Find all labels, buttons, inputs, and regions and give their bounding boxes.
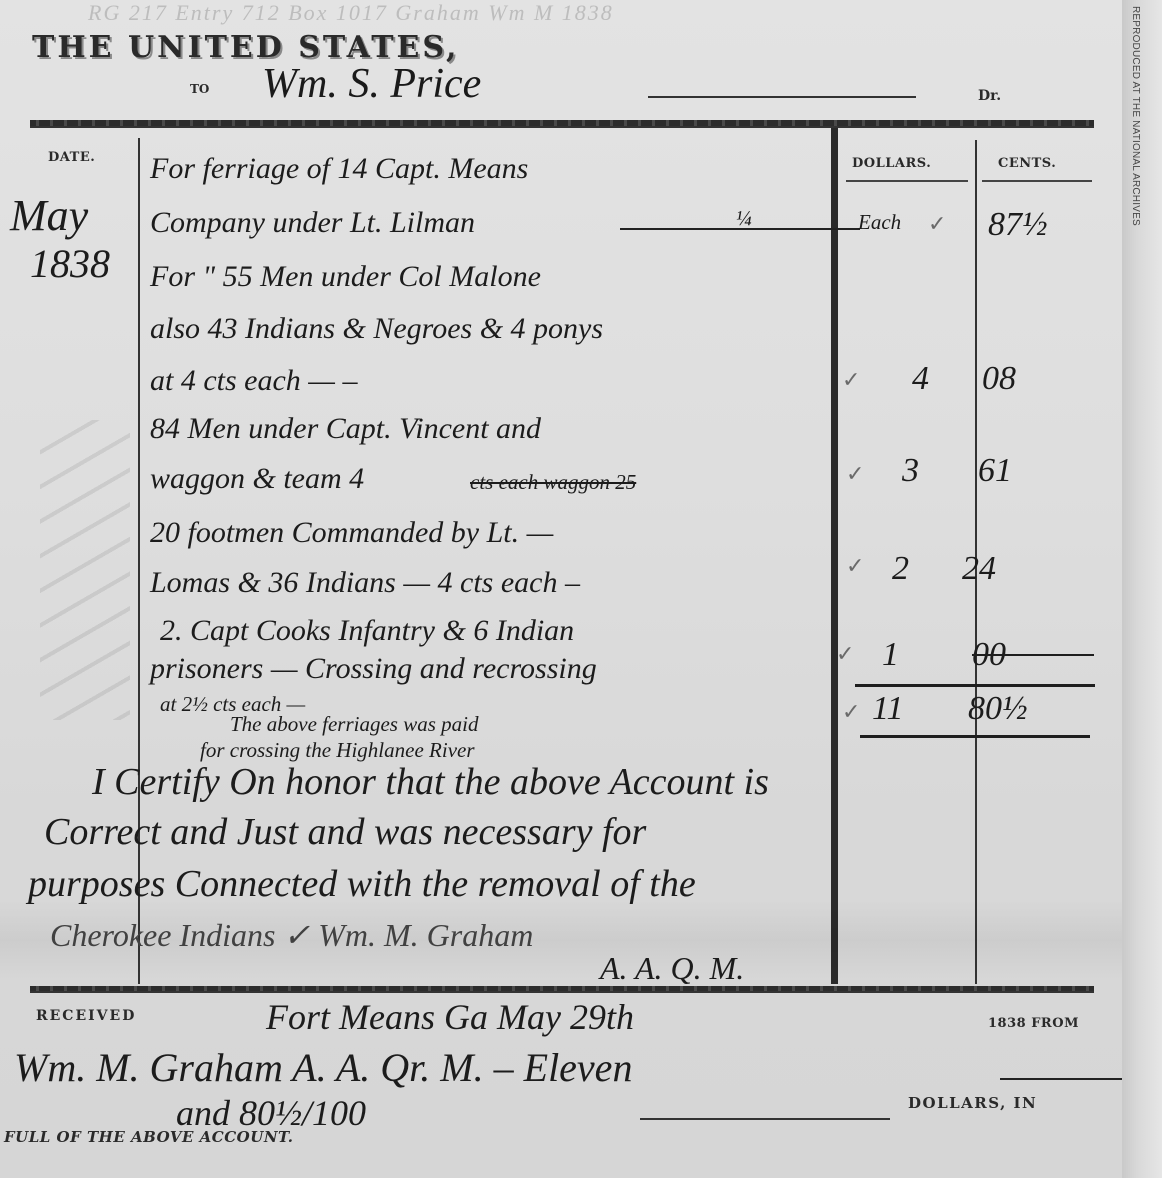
receipt-place-date: Fort Means Ga May 29th (266, 996, 634, 1038)
check-mark-icon: ✓ (842, 368, 860, 393)
description-line-1: For ferriage of 14 Capt. Means (150, 152, 528, 186)
to-label: TO (190, 82, 209, 96)
description-line-5: at 4 cts each — – (150, 364, 357, 398)
check-mark-icon: ✓ (928, 212, 946, 237)
entry-5-dollars: 1 (882, 636, 899, 674)
date-month: May (10, 190, 88, 241)
amount-underline (640, 1118, 890, 1120)
certification-line-1: I Certify On honor that the above Accoun… (92, 760, 769, 804)
debtor-label: Dr. (978, 88, 1001, 104)
description-line-6: 84 Men under Capt. Vincent and (150, 412, 541, 446)
total-dollars: 11 (872, 690, 903, 728)
header-rule (30, 120, 1094, 128)
certification-line-2: Correct and Just and was necessary for (44, 810, 646, 854)
each-note: Each (858, 210, 901, 235)
description-line-7: waggon & team 4 (150, 462, 364, 496)
description-line-10: 2. Capt Cooks Infantry & 6 Indian (160, 614, 574, 648)
payee-name: Wm. S. Price (262, 60, 481, 108)
payee-underline (648, 96, 916, 98)
check-mark-icon: ✓ (836, 642, 854, 667)
entry-5-rule (972, 654, 1094, 656)
pencil-archive-reference: RG 217 Entry 712 Box 1017 Graham Wm M 18… (88, 0, 614, 26)
check-mark-icon: ✓ (846, 462, 864, 487)
description-line-2: Company under Lt. Lilman (150, 206, 475, 240)
total-cents: 80½ (968, 690, 1028, 728)
archive-margin (1122, 0, 1162, 1178)
cents-column-header: CENTS. (998, 156, 1056, 171)
dollars-column-header: DOLLARS. (852, 156, 931, 171)
entry-1-cents: 87½ (988, 206, 1048, 244)
date-column-header: DATE. (48, 150, 95, 165)
entry-3-dollars: 3 (902, 452, 919, 490)
dollars-in-label: DOLLARS, IN (908, 1094, 1037, 1112)
entry-3-cents: 61 (978, 452, 1012, 490)
note-line-1: The above ferriages was paid (230, 712, 478, 737)
date-column-divider (138, 138, 140, 984)
line-2-leader (620, 228, 860, 230)
description-line-3: For " 55 Men under Col Malone (150, 260, 541, 294)
description-line-9: Lomas & 36 Indians — 4 cts each – (150, 566, 580, 600)
amount-column-divider (831, 128, 838, 984)
entry-4-dollars: 2 (892, 550, 909, 588)
document-page: RG 217 Entry 712 Box 1017 Graham Wm M 18… (0, 0, 1122, 1178)
total-rule-top (855, 684, 1095, 687)
description-line-8: 20 footmen Commanded by Lt. — (150, 516, 553, 550)
cents-header-underline (982, 180, 1092, 182)
description-line-11: prisoners — Crossing and recrossing (150, 652, 597, 686)
entry-4-cents: 24 (962, 550, 996, 588)
total-rule-bottom (860, 735, 1090, 738)
national-archives-stamp: REPRODUCED AT THE NATIONAL ARCHIVES (1130, 6, 1141, 226)
year-from-label: 1838 FROM (988, 1016, 1079, 1031)
entry-2-dollars: 4 (912, 360, 929, 398)
receipt-from-name: Wm. M. Graham A. A. Qr. M. – Eleven (14, 1044, 632, 1091)
paper-fold-shadow (0, 900, 1122, 980)
description-line-4: also 43 Indians & Negroes & 4 ponys (150, 312, 603, 346)
amount-words-leader (1000, 1078, 1122, 1080)
date-year: 1838 (30, 240, 110, 287)
struck-out-text: cts each waggon 25 (470, 470, 636, 495)
entry-2-cents: 08 (982, 360, 1016, 398)
receipt-rule (30, 986, 1094, 993)
bleed-through-ink (40, 420, 130, 720)
received-label: RECEIVED (36, 1008, 136, 1024)
check-mark-icon: ✓ (842, 700, 860, 725)
check-mark-icon: ✓ (846, 554, 864, 579)
full-of-account-label: FULL OF THE ABOVE ACCOUNT. (4, 1128, 294, 1146)
dollars-header-underline (846, 180, 968, 182)
